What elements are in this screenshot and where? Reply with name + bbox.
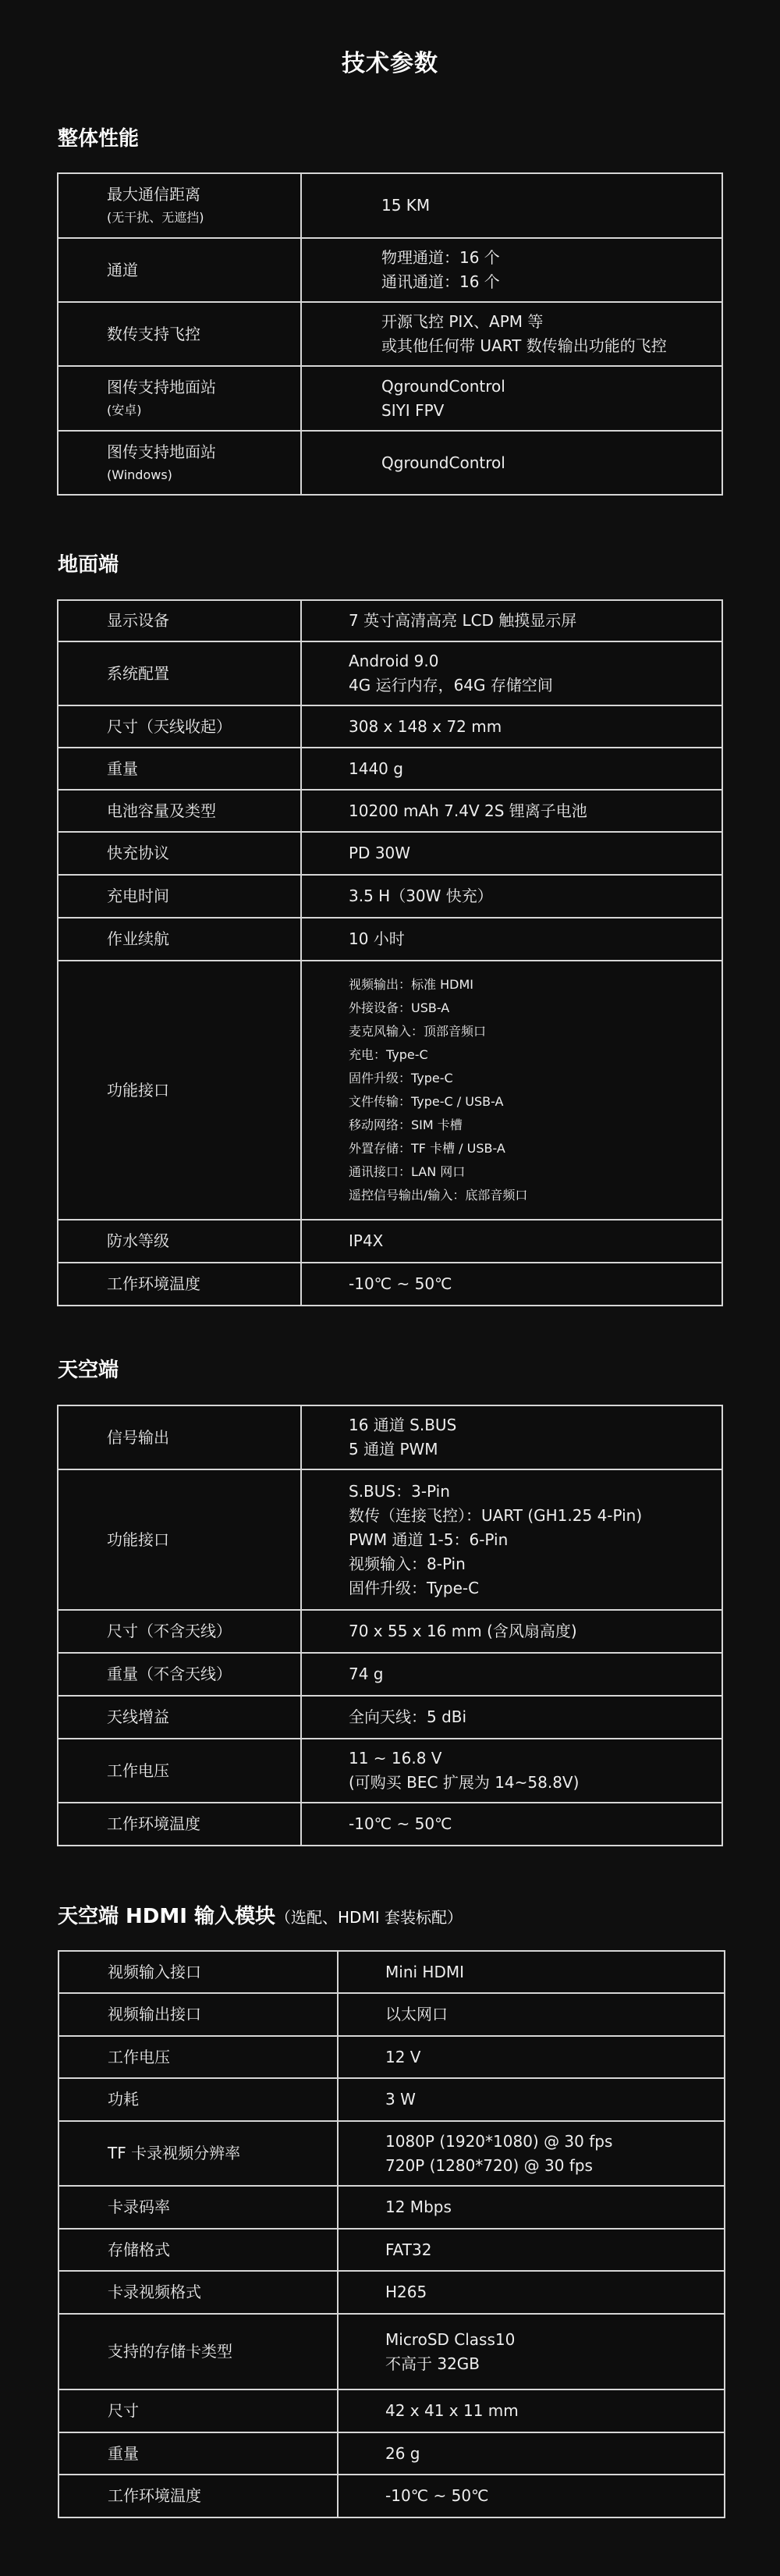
spec-value: 物理通道：16 个通讯通道：16 个 <box>301 238 722 302</box>
table-row: 视频输入接口 Mini HDMI <box>58 1951 725 1993</box>
spec-value: 7 英寸高清高亮 LCD 触摸显示屏 <box>301 600 722 641</box>
section-title-air: 天空端 <box>58 1354 119 1383</box>
spec-value: QgroundControl <box>301 431 722 495</box>
spec-value: 70 x 55 x 16 mm (含风扇高度) <box>301 1610 722 1653</box>
spec-label: 显示设备 <box>58 600 301 641</box>
spec-label: 重量 <box>58 2432 338 2475</box>
table-row: 天线增益 全向天线：5 dBi <box>58 1696 722 1739</box>
spec-label: 通道 <box>58 238 301 302</box>
spec-value: 10 小时 <box>301 918 722 961</box>
table-row: 工作电压 12 V <box>58 2036 725 2078</box>
spec-value: 26 g <box>338 2432 725 2475</box>
spec-table-ground: 显示设备 7 英寸高清高亮 LCD 触摸显示屏 系统配置 Android 9.0… <box>57 599 723 1306</box>
spec-label: 工作电压 <box>58 2036 338 2078</box>
spec-label: 支持的存储卡类型 <box>58 2314 338 2389</box>
table-row: 尺寸 42 x 41 x 11 mm <box>58 2389 725 2432</box>
spec-label: 天线增益 <box>58 1696 301 1739</box>
spec-value: S.BUS：3-Pin 数传（连接飞控）：UART (GH1.25 4-Pin)… <box>301 1469 722 1610</box>
spec-label: 工作环境温度 <box>58 1803 301 1846</box>
spec-value: -10℃ ~ 50℃ <box>301 1263 722 1306</box>
spec-value: 74 g <box>301 1653 722 1696</box>
section-title-ground: 地面端 <box>58 549 119 577</box>
spec-value: 15 KM <box>301 173 722 238</box>
table-row: 卡录码率 12 Mbps <box>58 2186 725 2229</box>
table-row: 防水等级 IP4X <box>58 1220 722 1263</box>
spec-value: 10200 mAh 7.4V 2S 锂离子电池 <box>301 790 722 832</box>
table-row: 最大通信距离(无干扰、无遮挡) 15 KM <box>58 173 722 238</box>
table-row: 工作环境温度 -10℃ ~ 50℃ <box>58 1263 722 1306</box>
spec-label: 视频输出接口 <box>58 1993 338 2036</box>
spec-value: 12 Mbps <box>338 2186 725 2229</box>
spec-label: 信号输出 <box>58 1405 301 1469</box>
spec-label-note: (无干扰、无遮挡) <box>107 207 300 229</box>
section-title-hdmi-module: 天空端 HDMI 输入模块（选配、HDMI 套装标配） <box>58 1900 463 1929</box>
spec-value: IP4X <box>301 1220 722 1263</box>
table-row: 尺寸（天线收起） 308 x 148 x 72 mm <box>58 705 722 748</box>
table-row: 重量 26 g <box>58 2432 725 2475</box>
section-title-note: （选配、HDMI 套装标配） <box>275 1908 463 1927</box>
spec-value: Android 9.04G 运行内存，64G 存储空间 <box>301 641 722 705</box>
spec-label: 卡录视频格式 <box>58 2271 338 2314</box>
table-row: TF 卡录视频分辨率 1080P (1920*1080) @ 30 fps720… <box>58 2121 725 2186</box>
spec-value: 1440 g <box>301 748 722 790</box>
spec-value: 308 x 148 x 72 mm <box>301 705 722 748</box>
spec-label: 最大通信距离(无干扰、无遮挡) <box>58 173 301 238</box>
spec-label: 存储格式 <box>58 2229 338 2271</box>
spec-label-note: (安卓) <box>107 400 300 421</box>
table-row: 卡录视频格式 H265 <box>58 2271 725 2314</box>
table-row: 重量 1440 g <box>58 748 722 790</box>
table-row: 功能接口 S.BUS：3-Pin 数传（连接飞控）：UART (GH1.25 4… <box>58 1469 722 1610</box>
table-row: 功能接口 视频输出：标准 HDMI 外接设备：USB-A 麦克风输入：顶部音频口… <box>58 961 722 1220</box>
spec-value: 全向天线：5 dBi <box>301 1696 722 1739</box>
spec-label: 图传支持地面站(安卓) <box>58 366 301 431</box>
table-row: 功耗 3 W <box>58 2078 725 2121</box>
spec-label: 防水等级 <box>58 1220 301 1263</box>
spec-value: H265 <box>338 2271 725 2314</box>
spec-label: 重量（不含天线） <box>58 1653 301 1696</box>
spec-label: 尺寸（不含天线） <box>58 1610 301 1653</box>
table-row: 图传支持地面站(安卓) QgroundControlSIYI FPV <box>58 366 722 431</box>
spec-label: 作业续航 <box>58 918 301 961</box>
spec-label: 功耗 <box>58 2078 338 2121</box>
spec-value: 42 x 41 x 11 mm <box>338 2389 725 2432</box>
spec-label: 卡录码率 <box>58 2186 338 2229</box>
table-row: 重量（不含天线） 74 g <box>58 1653 722 1696</box>
table-row: 工作环境温度 -10℃ ~ 50℃ <box>58 1803 722 1846</box>
spec-value: -10℃ ~ 50℃ <box>338 2475 725 2517</box>
spec-value: 11 ~ 16.8 V(可购买 BEC 扩展为 14~58.8V) <box>301 1739 722 1803</box>
table-row: 视频输出接口 以太网口 <box>58 1993 725 2036</box>
table-row: 系统配置 Android 9.04G 运行内存，64G 存储空间 <box>58 641 722 705</box>
spec-value: 以太网口 <box>338 1993 725 2036</box>
spec-label: 工作环境温度 <box>58 1263 301 1306</box>
spec-value: 16 通道 S.BUS5 通道 PWM <box>301 1405 722 1469</box>
table-row: 作业续航 10 小时 <box>58 918 722 961</box>
table-row: 电池容量及类型 10200 mAh 7.4V 2S 锂离子电池 <box>58 790 722 832</box>
table-row: 尺寸（不含天线） 70 x 55 x 16 mm (含风扇高度) <box>58 1610 722 1653</box>
spec-value: 12 V <box>338 2036 725 2078</box>
spec-label: 系统配置 <box>58 641 301 705</box>
page-title: 技术参数 <box>0 44 780 78</box>
spec-value: Mini HDMI <box>338 1951 725 1993</box>
spec-value: FAT32 <box>338 2229 725 2271</box>
spec-table-hdmi-module: 视频输入接口 Mini HDMI 视频输出接口 以太网口 工作电压 12 V 功… <box>58 1950 725 2518</box>
spec-table-air: 信号输出 16 通道 S.BUS5 通道 PWM 功能接口 S.BUS：3-Pi… <box>57 1405 723 1846</box>
spec-value: 3.5 H（30W 快充） <box>301 875 722 918</box>
table-row: 工作电压 11 ~ 16.8 V(可购买 BEC 扩展为 14~58.8V) <box>58 1739 722 1803</box>
table-row: 通道 物理通道：16 个通讯通道：16 个 <box>58 238 722 302</box>
table-row: 支持的存储卡类型 MicroSD Class10不高于 32GB <box>58 2314 725 2389</box>
spec-label: 数传支持飞控 <box>58 302 301 366</box>
spec-label: 工作电压 <box>58 1739 301 1803</box>
spec-table-overall: 最大通信距离(无干扰、无遮挡) 15 KM 通道 物理通道：16 个通讯通道：1… <box>57 172 723 496</box>
table-row: 显示设备 7 英寸高清高亮 LCD 触摸显示屏 <box>58 600 722 641</box>
spec-label: 重量 <box>58 748 301 790</box>
spec-value: -10℃ ~ 50℃ <box>301 1803 722 1846</box>
spec-value: PD 30W <box>301 832 722 875</box>
table-row: 图传支持地面站(Windows) QgroundControl <box>58 431 722 495</box>
table-row: 快充协议 PD 30W <box>58 832 722 875</box>
spec-label: 视频输入接口 <box>58 1951 338 1993</box>
spec-value: 1080P (1920*1080) @ 30 fps720P (1280*720… <box>338 2121 725 2186</box>
spec-label: 充电时间 <box>58 875 301 918</box>
spec-value: 视频输出：标准 HDMI 外接设备：USB-A 麦克风输入：顶部音频口 充电：T… <box>301 961 722 1220</box>
spec-label: 功能接口 <box>58 1469 301 1610</box>
spec-label: TF 卡录视频分辨率 <box>58 2121 338 2186</box>
table-row: 充电时间 3.5 H（30W 快充） <box>58 875 722 918</box>
spec-value: 3 W <box>338 2078 725 2121</box>
spec-value: 开源飞控 PIX、APM 等或其他任何带 UART 数传输出功能的飞控 <box>301 302 722 366</box>
table-row: 数传支持飞控 开源飞控 PIX、APM 等或其他任何带 UART 数传输出功能的… <box>58 302 722 366</box>
spec-label: 快充协议 <box>58 832 301 875</box>
spec-label: 尺寸（天线收起） <box>58 705 301 748</box>
spec-value: QgroundControlSIYI FPV <box>301 366 722 431</box>
spec-label: 尺寸 <box>58 2389 338 2432</box>
table-row: 信号输出 16 通道 S.BUS5 通道 PWM <box>58 1405 722 1469</box>
table-row: 存储格式 FAT32 <box>58 2229 725 2271</box>
spec-label: 功能接口 <box>58 961 301 1220</box>
spec-label: 工作环境温度 <box>58 2475 338 2517</box>
table-row: 工作环境温度 -10℃ ~ 50℃ <box>58 2475 725 2517</box>
spec-value: MicroSD Class10不高于 32GB <box>338 2314 725 2389</box>
spec-label-note: (Windows) <box>107 464 300 486</box>
spec-label: 图传支持地面站(Windows) <box>58 431 301 495</box>
section-title-overall: 整体性能 <box>58 123 139 151</box>
spec-label: 电池容量及类型 <box>58 790 301 832</box>
